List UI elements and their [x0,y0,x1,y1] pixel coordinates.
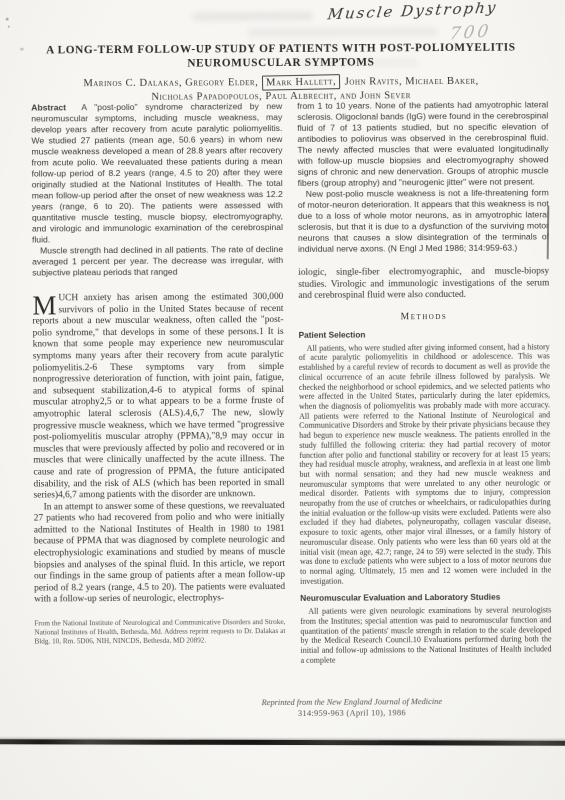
authors-segment: Marinos C. Dalakas, Gregory Elder, [83,77,258,89]
body-paragraph: In an attempt to answer some of these qu… [34,501,286,607]
left-column: Abstract A "post-polio" syndrome charact… [31,101,285,667]
reprint-line-1: Reprinted from the New England Journal o… [227,696,477,709]
authors-line-1: Marinos C. Dalakas, Gregory Elder, Mark … [31,73,531,91]
photocopy-smudge [248,27,438,37]
patient-selection-heading: Patient Selection [299,328,550,340]
scan-content: Muscle Dystrophy 700 A LONG-TERM FOLLOW-… [0,0,565,800]
methods-paragraph: All patients, who were studied after giv… [299,342,551,586]
body-text: UCH anxiety has arisen among the estimat… [32,292,284,501]
body-right: iologic, single-fiber electromyographic,… [298,266,549,302]
two-column-body: Abstract A "post-polio" syndrome charact… [31,99,552,667]
pen-boxed-author: Mark Hallett, [262,74,340,90]
scanned-journal-page: Muscle Dystrophy 700 A LONG-TERM FOLLOW-… [0,0,565,800]
abstract-paragraph: Abstract A "post-polio" syndrome charact… [31,101,283,246]
body-left: MUCH anxiety has arisen among the estima… [32,292,285,607]
reprint-citation: Reprinted from the New England Journal o… [227,696,477,720]
scan-speck [6,18,9,21]
article-header: A LONG-TERM FOLLOW-UP STUDY OF PATIENTS … [31,40,531,104]
abstract-paragraph: Muscle strength had declined in all pati… [32,244,283,279]
abstract-paragraph: from 1 to 10 years. None of the patients… [297,99,549,189]
patient-selection-text: All patients, who were studied after giv… [299,342,551,586]
page-title: A LONG-TERM FOLLOW-UP STUDY OF PATIENTS … [31,40,531,71]
abstract-left: Abstract A "post-polio" syndrome charact… [31,101,283,279]
body-paragraph: iologic, single-fiber electromyographic,… [298,266,549,302]
methods-section-heading: Methods [298,310,549,323]
authors-segment: John Ravits, Michael Baker, [345,76,479,88]
abstract-text: A "post-polio" syndrome characterized by… [31,101,283,245]
methods-paragraph: All patients were given neurologic exami… [300,606,551,666]
neuromuscular-evaluation-text: All patients were given neurologic exami… [300,606,551,666]
abstract-right: from 1 to 10 years. None of the patients… [297,99,549,255]
affiliation-footnote: From the National Institute of Neurologi… [34,618,285,647]
scan-speck [20,48,24,51]
photocopy-smudge [193,12,313,21]
drop-cap: M [32,293,58,316]
right-column: from 1 to 10 years. None of the patients… [297,99,551,665]
neuromuscular-evaluation-heading: Neuromuscular Evaluation and Laboratory … [300,592,551,604]
body-paragraph: MUCH anxiety has arisen among the estima… [32,292,284,502]
scan-speck [8,26,10,28]
abstract-paragraph: New post-polio muscle weakness is not a … [298,187,549,255]
reprint-line-2: 314:959-963 (April 10), 1986 [227,707,477,720]
abstract-label: Abstract [31,102,66,112]
handwritten-annotation: Muscle Dystrophy [326,0,548,24]
